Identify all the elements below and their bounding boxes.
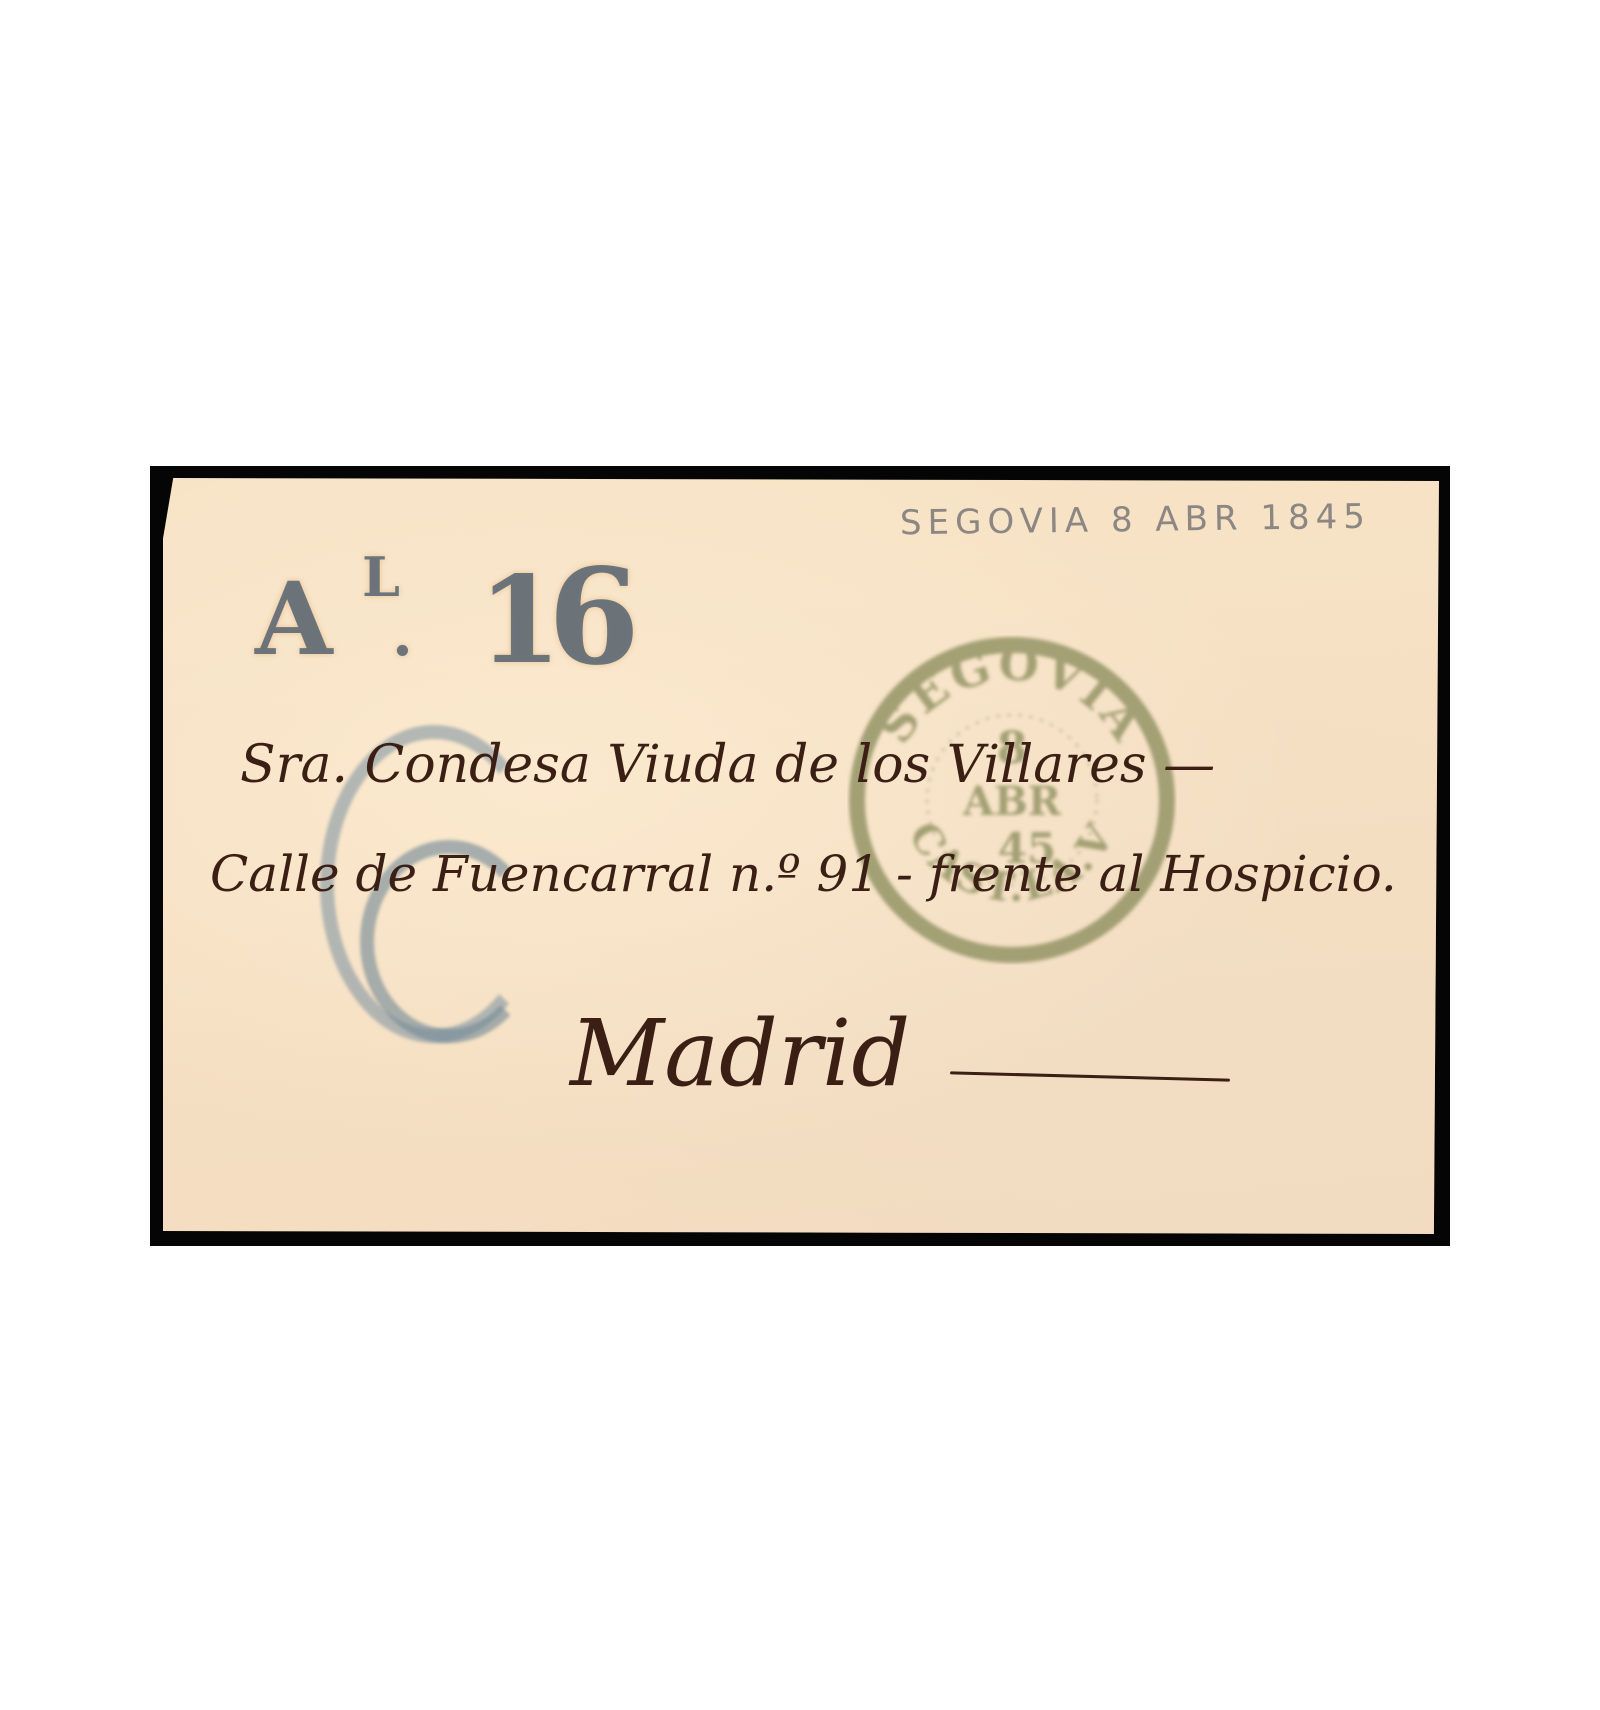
rate-mark-dot: . [392, 600, 413, 670]
segovia-datestamp: SEGOVIA CAST.LA.V 8 ABR 45 [847, 635, 1177, 965]
rate-mark-6: 6 [548, 540, 640, 695]
address-line-recipient: Sra. Condesa Viuda de los Villares — [240, 735, 1215, 795]
address-line-city: Madrid [570, 1000, 910, 1107]
rate-mark-a: A [255, 560, 333, 678]
address-line-street: Calle de Fuencarral n.º 91 - frente al H… [210, 845, 1397, 903]
pencil-annotation: SEGOVIA 8 ABR 1845 [900, 497, 1371, 544]
